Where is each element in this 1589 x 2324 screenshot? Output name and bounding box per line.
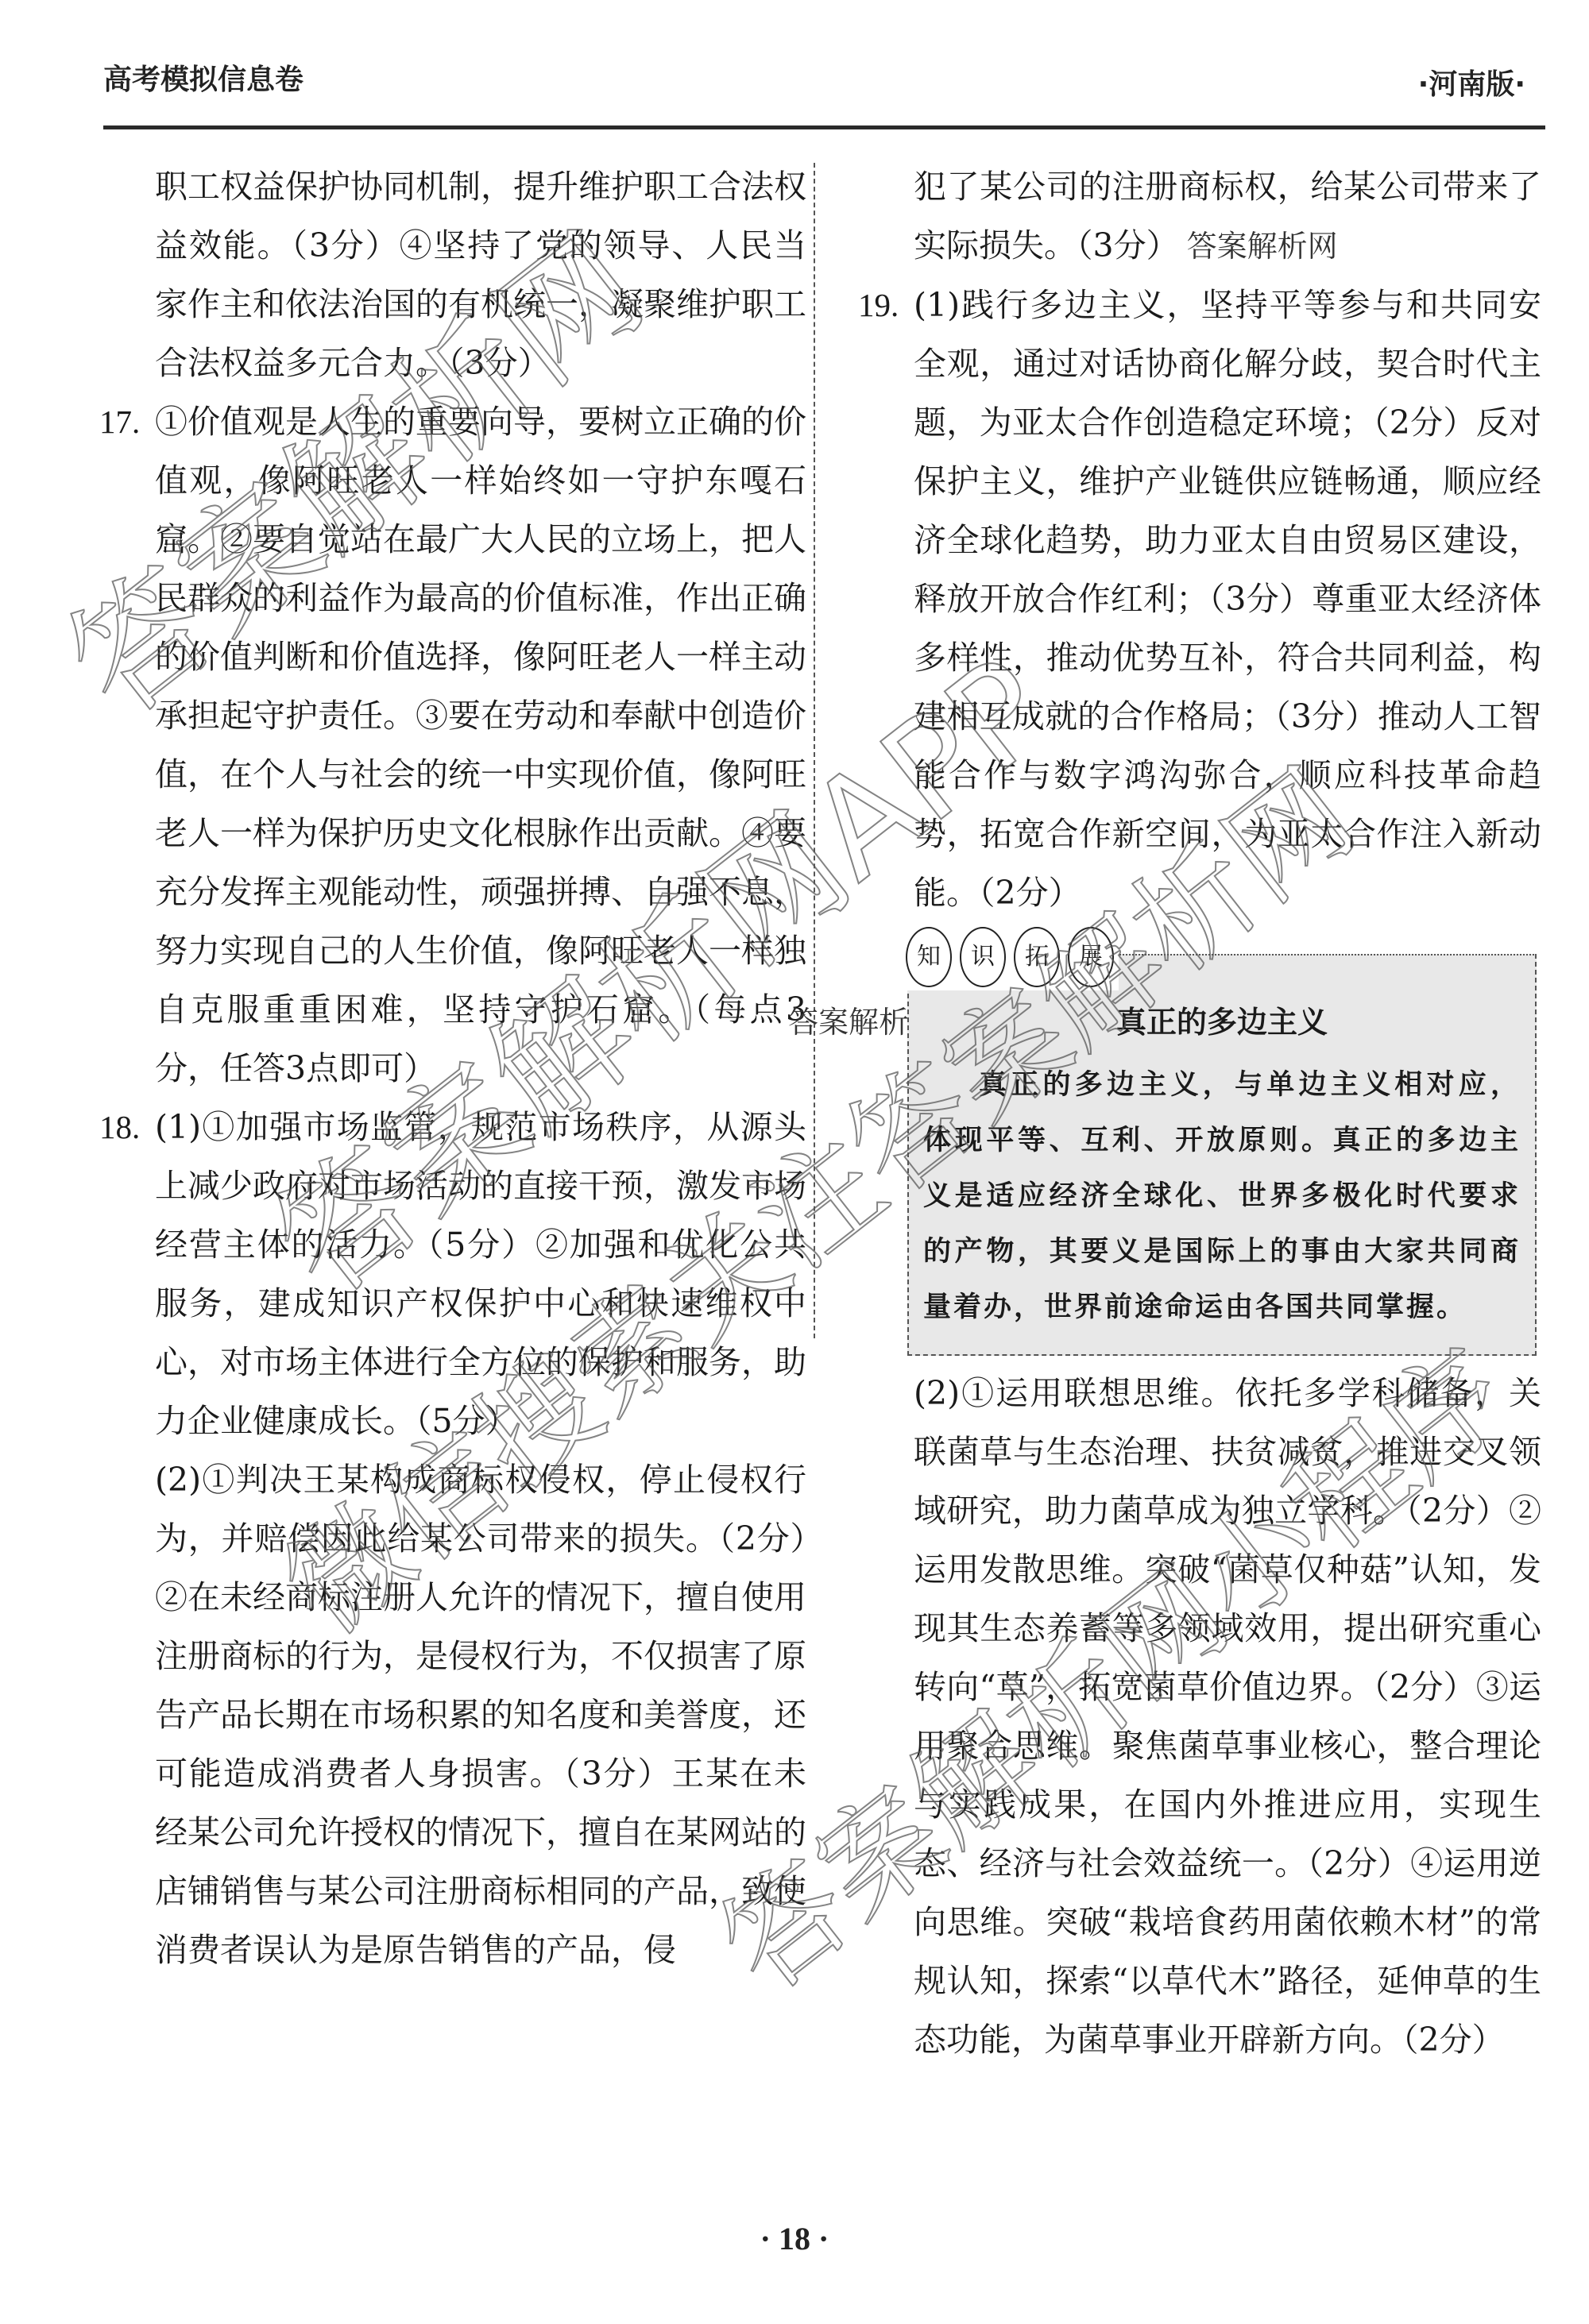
knowledge-extension-box: 知 识 拓 展 真正的多边主义 真正的多边主义，与单边主义相对应，体现平等、互利… [907,954,1537,1356]
badge-circle-icon: 展 [1068,927,1114,987]
knowledge-box-title: 真正的多边主义 [923,998,1521,1046]
answer-q19: 19. (1)践行多边主义，坚持平等参与和共同安全观，通过对话协商化解分歧，契合… [914,276,1541,922]
left-column: 职工权益保护协同机制，提升维护职工合法权益效能。（3分）④坚持了党的领导、人民当… [155,157,806,1979]
answer-part-1: (1)践行多边主义，坚持平等参与和共同安全观，通过对话协商化解分歧，契合时代主题… [914,286,1541,912]
answer-text: ①价值观是人生的重要向导，要树立正确的价值观，像阿旺老人一样始终如一守护东嘎石窟… [155,403,806,1087]
question-number: 17. [99,392,140,451]
header-rule [103,125,1545,129]
knowledge-box-body: 真正的多边主义，与单边主义相对应，体现平等、互利、开放原则。真正的多边主义是适应… [923,1057,1521,1335]
answer-continuation: 犯了某公司的注册商标权，给某公司带来了实际损失。（3分）答案解析网 [914,157,1541,276]
badge-circle-icon: 知 [906,927,952,987]
answer-part-1: (1)①加强市场监管，规范市场秩序，从源头上减少政府对市场活动的直接干预，激发市… [155,1108,806,1440]
header-edition: ·河南版· [1418,62,1525,102]
site-stamp: 答案解析网 [1187,229,1338,264]
question-number: 18. [99,1098,140,1156]
header-title: 高考模拟信息卷 [103,57,303,98]
column-separator [814,163,815,1338]
knowledge-extension-badges: 知 识 拓 展 [906,927,1119,990]
answer-q19-part-2: (2)①运用联想思维。依托多学科储备，关联菌草与生态治理、扶贫减贫，推进交叉领域… [914,1364,1541,2069]
answer-continuation: 职工权益保护协同机制，提升维护职工合法权益效能。（3分）④坚持了党的领导、人民当… [155,157,806,392]
answer-q18-part-2: (2)①判决王某构成商标权侵权，停止侵权行为，并赔偿因此给某公司带来的损失。（2… [155,1450,806,1979]
page-number: · 18 · [0,2220,1589,2257]
answer-q18: 18. (1)①加强市场监管，规范市场秩序，从源头上减少政府对市场活动的直接干预… [155,1098,806,1450]
answer-q17: 17. ①价值观是人生的重要向导，要树立正确的价值观，像阿旺老人一样始终如一守护… [155,392,806,1098]
badge-circle-icon: 拓 [1014,927,1060,987]
question-number: 19. [858,276,899,334]
badge-circle-icon: 识 [960,927,1006,987]
right-column: 犯了某公司的注册商标权，给某公司带来了实际损失。（3分）答案解析网 19. (1… [914,157,1541,2069]
